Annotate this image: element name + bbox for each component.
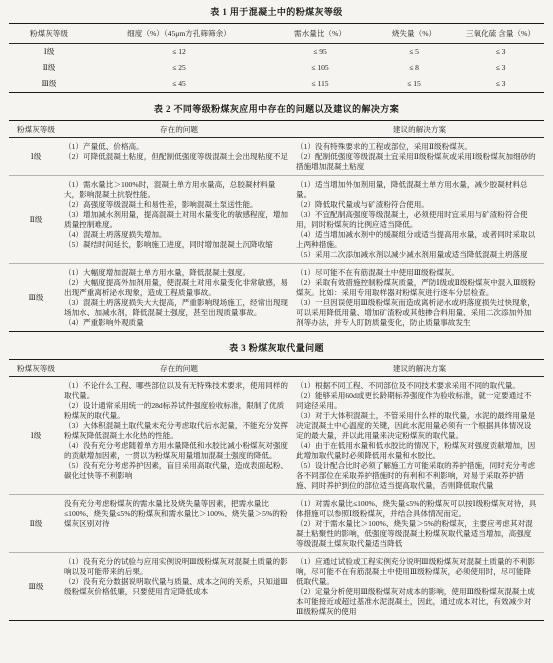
solutions-cell: （1）没有特殊要求的工程或部位，采用Ⅱ级粉煤灰。 （2）配制低强度等级混凝土宜采…	[295, 138, 544, 176]
problems-cell: （1）不论什么工程、哪些部位以及有无特殊技术要求，使用同样的取代量。 （2）设计…	[63, 377, 295, 495]
table-3-section: 表 3 粉煤灰取代量问题 粉煤灰等级 存在的问题 建议的解决方案 Ⅰ级 （1）不…	[9, 341, 544, 621]
col-header-loss-on-ignition: 烧失量（%）	[371, 24, 457, 44]
col-header-water-demand: 需水量比（%）	[269, 24, 371, 44]
table-2: 粉煤灰等级 存在的问题 建议的解决方案 Ⅰ级 （1）产量低、价格高。 （2）可降…	[9, 120, 544, 332]
header-row: 粉煤灰等级 存在的问题 建议的解决方案	[9, 360, 544, 377]
fineness-value: ≤ 12	[89, 44, 269, 61]
header-row: 粉煤灰等级 细度（%）（45μm方孔筛筛余） 需水量比（%） 烧失量（%） 三氧…	[9, 24, 544, 44]
grade-label: Ⅱ级	[9, 495, 63, 553]
table-row: Ⅱ级 （1）需水量比＞100%时，混凝土单方用水量高，总胶凝材料量大，影响混凝土…	[9, 176, 544, 264]
header-row: 粉煤灰等级 存在的问题 建议的解决方案	[9, 121, 544, 138]
grade-label: Ⅲ级	[9, 76, 89, 93]
problems-cell: （1）大幅度增加混凝土单方用水量，降低混凝土强度。 （2）大幅度提高外加剂用量，…	[63, 264, 295, 332]
col-header-problems: 存在的问题	[63, 121, 295, 138]
col-header-solutions: 建议的解决方案	[295, 360, 544, 377]
fineness-value: ≤ 25	[89, 60, 269, 76]
document-page: 表 1 用于混凝土中的粉煤灰等级 粉煤灰等级 细度（%）（45μm方孔筛筛余） …	[0, 0, 553, 663]
problems-cell: （1）没有充分的试验与应用实例说明Ⅲ级粉煤灰对混凝土质量的影响以及可能带来的后果…	[63, 553, 295, 621]
solutions-cell: （1）应通过试验或工程实例充分说明Ⅲ级粉煤灰对混凝土质量的不利影响，尽可能不在有…	[295, 553, 544, 621]
table-row: Ⅰ级 （1）不论什么工程、哪些部位以及有无特殊技术要求，使用同样的取代量。 （2…	[9, 377, 544, 495]
grade-label: Ⅲ级	[9, 264, 63, 332]
so3-value: ≤ 3	[457, 44, 544, 61]
problems-cell: （1）需水量比＞100%时，混凝土单方用水量高，总胶凝材料量大，影响混凝土抗裂性…	[63, 176, 295, 264]
grade-label: Ⅰ级	[9, 44, 89, 61]
col-header-solutions: 建议的解决方案	[295, 121, 544, 138]
table-row: Ⅱ级 ≤ 25 ≤ 105 ≤ 8 ≤ 3	[9, 60, 544, 76]
water-demand-value: ≤ 115	[269, 76, 371, 93]
table-3-header: 粉煤灰等级 存在的问题 建议的解决方案	[9, 360, 544, 377]
table-row: Ⅲ级 （1）没有充分的试验与应用实例说明Ⅲ级粉煤灰对混凝土质量的影响以及可能带来…	[9, 553, 544, 621]
table-2-title: 表 2 不同等级粉煤灰应用中存在的问题以及建议的解决方案	[9, 102, 544, 115]
col-header-grade: 粉煤灰等级	[9, 24, 89, 44]
col-header-problems: 存在的问题	[63, 360, 295, 377]
loss-on-ignition-value: ≤ 15	[371, 76, 457, 93]
col-header-so3: 三氧化硫 含量（%）	[457, 24, 544, 44]
so3-value: ≤ 3	[457, 60, 544, 76]
col-header-grade: 粉煤灰等级	[9, 360, 63, 377]
problems-cell: 没有充分考虑粉煤灰的需水量比及烧失量等因素，把需水量比≤100%、烧失量≤5%的…	[63, 495, 295, 553]
table-2-body: Ⅰ级 （1）产量低、价格高。 （2）可降低混凝土粘度，但配制低强度等级混凝土会出…	[9, 138, 544, 332]
solutions-cell: （1）根据不同工程、不同部位及不同技术要求采用不同的取代量。 （2）能够采用60…	[295, 377, 544, 495]
table-row: Ⅱ级 没有充分考虑粉煤灰的需水量比及烧失量等因素，把需水量比≤100%、烧失量≤…	[9, 495, 544, 553]
loss-on-ignition-value: ≤ 5	[371, 44, 457, 61]
water-demand-value: ≤ 105	[269, 60, 371, 76]
grade-label: Ⅱ级	[9, 60, 89, 76]
table-2-header: 粉煤灰等级 存在的问题 建议的解决方案	[9, 121, 544, 138]
solutions-cell: （1）适当增加外加剂用量，降低混凝土单方用水量，减少胶凝材料总量。 （2）降低取…	[295, 176, 544, 264]
table-1-section: 表 1 用于混凝土中的粉煤灰等级 粉煤灰等级 细度（%）（45μm方孔筛筛余） …	[9, 5, 544, 93]
table-row: Ⅰ级 ≤ 12 ≤ 95 ≤ 5 ≤ 3	[9, 44, 544, 61]
table-row: Ⅲ级 （1）大幅度增加混凝土单方用水量，降低混凝土强度。 （2）大幅度提高外加剂…	[9, 264, 544, 332]
col-header-grade: 粉煤灰等级	[9, 121, 63, 138]
solutions-cell: （1）对需水量比≤100%、烧失量≤5%的粉煤灰可以按Ⅰ级粉煤灰对待，具体措施可…	[295, 495, 544, 553]
water-demand-value: ≤ 95	[269, 44, 371, 61]
table-row: Ⅲ级 ≤ 45 ≤ 115 ≤ 15 ≤ 3	[9, 76, 544, 93]
col-header-fineness: 细度（%）（45μm方孔筛筛余）	[89, 24, 269, 44]
grade-label: Ⅲ级	[9, 553, 63, 621]
table-1-body: Ⅰ级 ≤ 12 ≤ 95 ≤ 5 ≤ 3 Ⅱ级 ≤ 25 ≤ 105 ≤ 8 ≤…	[9, 44, 544, 93]
loss-on-ignition-value: ≤ 8	[371, 60, 457, 76]
table-1-header: 粉煤灰等级 细度（%）（45μm方孔筛筛余） 需水量比（%） 烧失量（%） 三氧…	[9, 24, 544, 44]
table-3-body: Ⅰ级 （1）不论什么工程、哪些部位以及有无特殊技术要求，使用同样的取代量。 （2…	[9, 377, 544, 621]
table-row: Ⅰ级 （1）产量低、价格高。 （2）可降低混凝土粘度，但配制低强度等级混凝土会出…	[9, 138, 544, 176]
so3-value: ≤ 3	[457, 76, 544, 93]
table-3-title: 表 3 粉煤灰取代量问题	[9, 341, 544, 354]
grade-label: Ⅰ级	[9, 138, 63, 176]
solutions-cell: （1）尽可能不在有筋混凝土中使用Ⅲ级粉煤灰。 （2）采取有效措施控制粉煤灰质量，…	[295, 264, 544, 332]
table-1-title: 表 1 用于混凝土中的粉煤灰等级	[9, 5, 544, 18]
fineness-value: ≤ 45	[89, 76, 269, 93]
table-3: 粉煤灰等级 存在的问题 建议的解决方案 Ⅰ级 （1）不论什么工程、哪些部位以及有…	[9, 359, 544, 621]
grade-label: Ⅰ级	[9, 377, 63, 495]
problems-cell: （1）产量低、价格高。 （2）可降低混凝土粘度，但配制低强度等级混凝土会出现粘度…	[63, 138, 295, 176]
table-1: 粉煤灰等级 细度（%）（45μm方孔筛筛余） 需水量比（%） 烧失量（%） 三氧…	[9, 23, 544, 93]
grade-label: Ⅱ级	[9, 176, 63, 264]
table-2-section: 表 2 不同等级粉煤灰应用中存在的问题以及建议的解决方案 粉煤灰等级 存在的问题…	[9, 102, 544, 332]
